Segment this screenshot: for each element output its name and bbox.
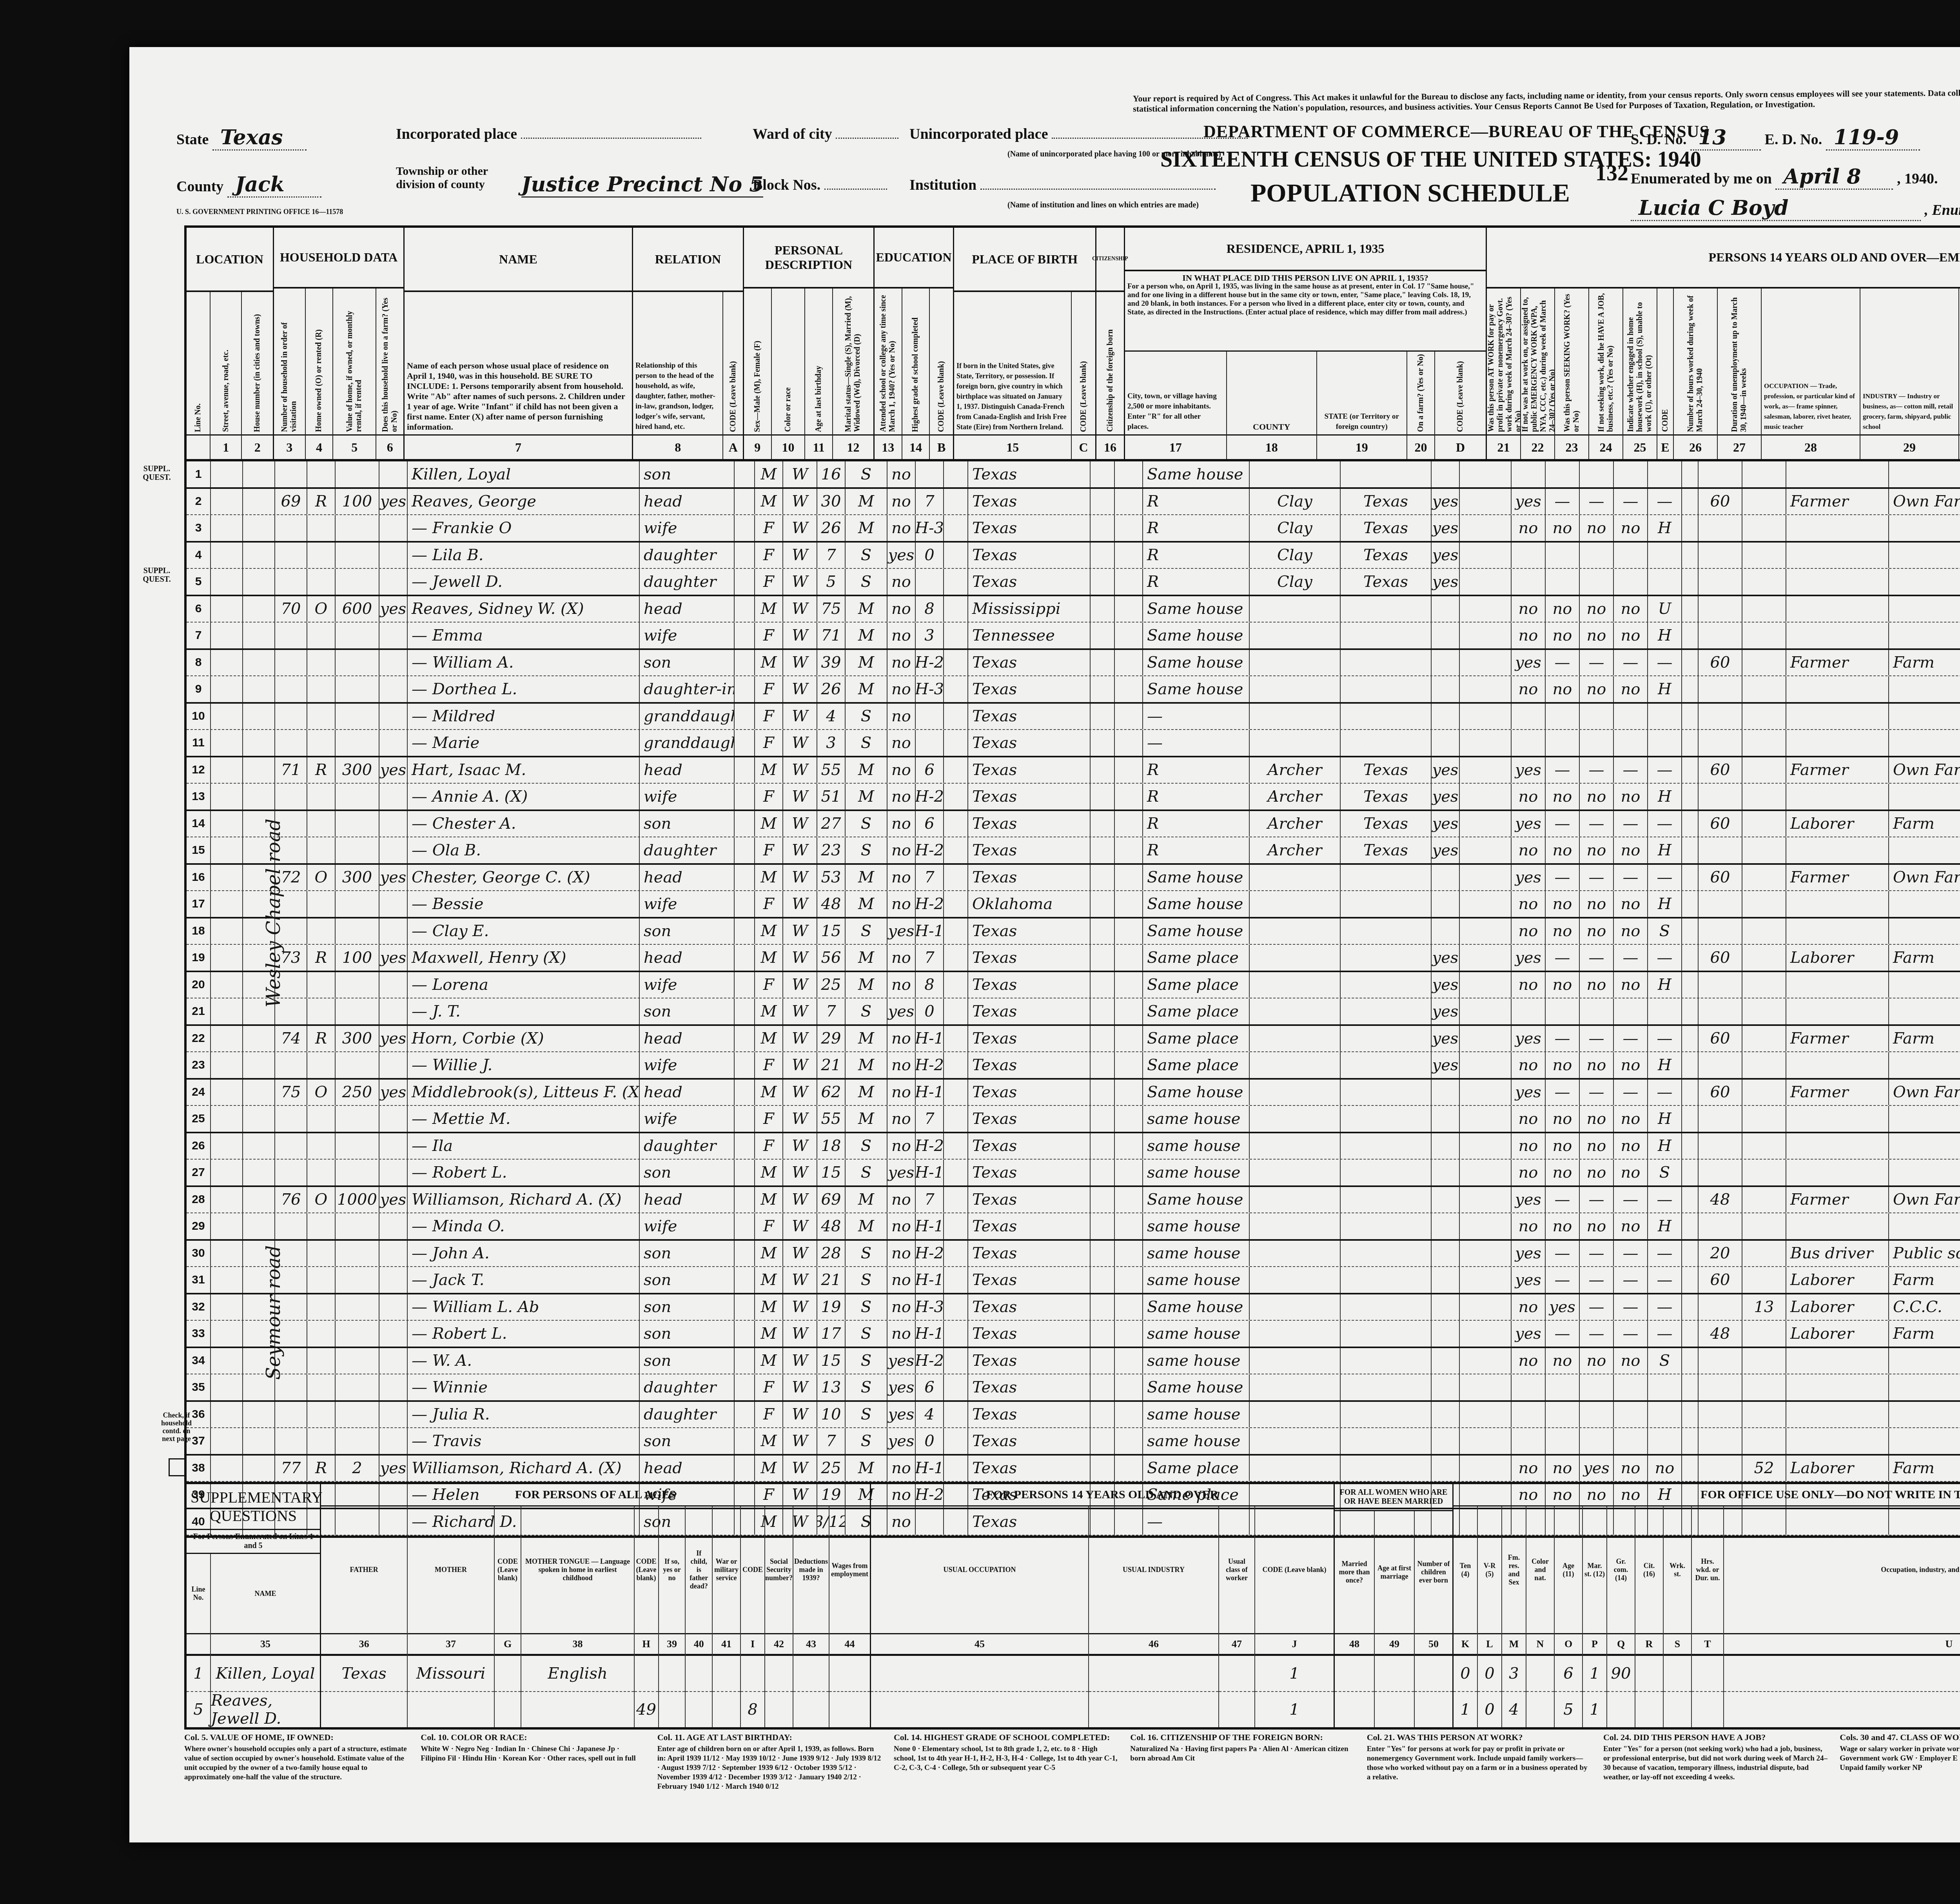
cell-school: no — [887, 1321, 916, 1347]
cell-c24: — — [1614, 1241, 1648, 1267]
table-row: 25— Mettie M.wifeFW55Mno7Texassame house… — [187, 1106, 1960, 1133]
header-relation: RELATION Relationship of this person to … — [633, 228, 744, 459]
cell-name: — Dorthea L. — [408, 676, 640, 702]
cell-race: W — [783, 1374, 817, 1400]
cell-cit — [1115, 865, 1143, 891]
header-residence-1935: RESIDENCE, APRIL 1, 1935 IN WHAT PLACE D… — [1125, 228, 1487, 459]
cell-street — [211, 1106, 243, 1132]
cell-birth: Texas — [968, 1106, 1091, 1132]
table-row: 18— Clay E.sonMW15SyesH-1TexasSame house… — [187, 918, 1960, 945]
cell-grade: H-2 — [916, 837, 944, 863]
cell-c21: yes — [1512, 1267, 1546, 1293]
cell-grade: 0 — [916, 543, 944, 568]
cell-c27 — [1742, 865, 1786, 891]
cell-res_state: Texas — [1341, 489, 1432, 515]
cell-street — [211, 461, 243, 487]
cell-c23: no — [1580, 972, 1614, 998]
cell-codeA — [735, 596, 755, 622]
cell-line: 38 — [187, 1456, 211, 1481]
cell-codeD — [1460, 1456, 1512, 1481]
cell-c23: — — [1580, 865, 1614, 891]
cell-c25: H — [1648, 1213, 1682, 1239]
cell-c21: yes — [1512, 811, 1546, 837]
cell-farm — [379, 811, 408, 837]
cell-farm — [379, 837, 408, 863]
cell-c24: no — [1614, 596, 1648, 622]
cell-codeC — [1091, 1052, 1115, 1078]
cell-house — [243, 1428, 275, 1454]
cell-res_city: Same place — [1143, 945, 1250, 971]
cell-codeB — [944, 1428, 968, 1454]
explanatory-note: Col. 14. HIGHEST GRADE OF SCHOOL COMPLET… — [894, 1733, 1118, 1835]
cell-marital: M — [846, 515, 887, 541]
cell-codeC — [1091, 1026, 1115, 1052]
cell-c27 — [1742, 811, 1786, 837]
cell-codeA — [735, 998, 755, 1024]
cell-relation: son — [640, 1241, 735, 1267]
cell-codeC — [1091, 650, 1115, 676]
cell-res_city: same house — [1143, 1106, 1250, 1132]
table-row: 5— Jewell D.daughterFW5SnoTexasRClayTexa… — [187, 569, 1960, 596]
cell-c26 — [1699, 1374, 1742, 1400]
cell-codeA — [735, 676, 755, 702]
cell-res_state — [1341, 1241, 1432, 1267]
cell-street — [211, 811, 243, 837]
cell-c22 — [1546, 998, 1580, 1024]
cell-ind — [1889, 730, 1960, 756]
cell-ind — [1889, 1133, 1960, 1159]
cell-codeC — [1091, 569, 1115, 595]
cell-cit — [1115, 1160, 1143, 1185]
cell-c25: — — [1648, 1321, 1682, 1347]
cell-house — [243, 676, 275, 702]
cell-c25: — — [1648, 489, 1682, 515]
cell-race: W — [783, 1160, 817, 1185]
cell-age: 15 — [817, 1348, 846, 1374]
cell-marital: S — [846, 998, 887, 1024]
cell-c27 — [1742, 945, 1786, 971]
cell-relation: head — [640, 757, 735, 783]
cell-race: W — [783, 543, 817, 568]
cell-birth: Texas — [968, 515, 1091, 541]
cell-house — [243, 543, 275, 568]
symbols-and-explanatory-notes: Col. 5. VALUE OF HOME, IF OWNED:Where ow… — [184, 1733, 1960, 1835]
cell-c27 — [1742, 1428, 1786, 1454]
cell-own — [307, 676, 336, 702]
cell-cit — [1115, 515, 1143, 541]
cell-res_county — [1250, 1456, 1341, 1481]
cell-c22 — [1546, 543, 1580, 568]
cell-codeA — [735, 1348, 755, 1374]
cell-line: 28 — [187, 1187, 211, 1213]
cell-res_state — [1341, 1428, 1432, 1454]
cell-codeD — [1460, 1160, 1512, 1185]
cell-school: no — [887, 865, 916, 891]
cell-sex: M — [755, 461, 783, 487]
cell-res_farm — [1432, 1241, 1460, 1267]
cell-codeC — [1091, 1374, 1115, 1400]
cell-birth: Texas — [968, 972, 1091, 998]
cell-codeE — [1682, 515, 1699, 541]
header-citizenship: CITIZENSHIP Citizenship of the foreign b… — [1096, 228, 1125, 459]
cell-ind: Farm — [1889, 1456, 1960, 1481]
cell-c21 — [1512, 730, 1546, 756]
cell-c24: — — [1614, 1026, 1648, 1052]
supp-cell — [495, 1656, 521, 1692]
cell-codeD — [1460, 461, 1512, 487]
cell-house — [243, 784, 275, 810]
cell-cit — [1115, 1456, 1143, 1481]
cell-hh: 69 — [275, 489, 307, 515]
cell-house — [243, 1133, 275, 1159]
cell-school: no — [887, 1267, 916, 1293]
cell-res_county — [1250, 891, 1341, 917]
cell-c21: no — [1512, 1160, 1546, 1185]
cell-ind: Farm — [1889, 811, 1960, 837]
supp-col-35: NAME35Killen, LoyalReaves, Jewell D. — [211, 1554, 320, 1727]
cell-race: W — [783, 1321, 817, 1347]
cell-c24: — — [1614, 1187, 1648, 1213]
cell-occ — [1786, 1106, 1889, 1132]
cell-c26 — [1699, 515, 1742, 541]
cell-cit — [1115, 1348, 1143, 1374]
cell-school: no — [887, 811, 916, 837]
cell-race: W — [783, 1052, 817, 1078]
table-row: 269R100yesReaves, GeorgeheadMW30Mno7Texa… — [187, 489, 1960, 515]
cell-res_city: same house — [1143, 1402, 1250, 1428]
cell-c27 — [1742, 1241, 1786, 1267]
cell-res_county — [1250, 623, 1341, 648]
table-row: 1672O300yesChester, George C. (X)headMW5… — [187, 865, 1960, 891]
cell-value — [336, 918, 379, 944]
cell-race: W — [783, 1106, 817, 1132]
cell-relation: wife — [640, 1052, 735, 1078]
cell-c25 — [1648, 1402, 1682, 1428]
cell-own — [307, 891, 336, 917]
cell-grade: H-1 — [916, 1080, 944, 1105]
cell-street — [211, 1456, 243, 1481]
cell-c22: — — [1546, 945, 1580, 971]
supp-cell — [1724, 1656, 1960, 1692]
cell-c27 — [1742, 1052, 1786, 1078]
cell-age: 27 — [817, 811, 846, 837]
cell-c23: — — [1580, 1241, 1614, 1267]
cell-line: 13 — [187, 784, 211, 810]
cell-cit — [1115, 730, 1143, 756]
cell-marital: S — [846, 1402, 887, 1428]
cell-house — [243, 1080, 275, 1105]
cell-res_city: Same house — [1143, 1294, 1250, 1320]
supp-cell — [1664, 1692, 1691, 1727]
cell-hh — [275, 1213, 307, 1239]
cell-c22: no — [1546, 676, 1580, 702]
cell-marital: M — [846, 623, 887, 648]
enumerator-field: Lucia C Boyd , Enumerator. — [1631, 196, 1960, 221]
cell-c26 — [1699, 543, 1742, 568]
cell-sex: F — [755, 1402, 783, 1428]
cell-cit — [1115, 1133, 1143, 1159]
cell-school: no — [887, 676, 916, 702]
cell-res_state — [1341, 1294, 1432, 1320]
cell-age: 75 — [817, 596, 846, 622]
cell-age: 15 — [817, 918, 846, 944]
cell-street — [211, 1213, 243, 1239]
cell-res_state — [1341, 865, 1432, 891]
cell-res_farm — [1432, 1213, 1460, 1239]
supp-col-48: Married more than once?48 — [1335, 1511, 1375, 1727]
cell-farm: yes — [379, 757, 408, 783]
cell-grade — [916, 730, 944, 756]
cell-farm — [379, 1374, 408, 1400]
cell-c24: no — [1614, 837, 1648, 863]
cell-grade: H-1 — [916, 1026, 944, 1052]
cell-codeE — [1682, 1428, 1699, 1454]
cell-sex: M — [755, 1267, 783, 1293]
table-row: 26— IladaughterFW18SnoH-2Texassame house… — [187, 1133, 1960, 1160]
cell-codeD — [1460, 1402, 1512, 1428]
cell-codeA — [735, 1428, 755, 1454]
supp-cell — [793, 1692, 829, 1727]
table-row: 30— John A.sonMW28SnoH-2Texassame housey… — [187, 1241, 1960, 1267]
cell-sex: M — [755, 1456, 783, 1481]
household-continued-checkbox[interactable] — [169, 1458, 187, 1476]
cell-codeA — [735, 1052, 755, 1078]
cell-farm — [379, 918, 408, 944]
cell-c26: 60 — [1699, 757, 1742, 783]
cell-grade: 7 — [916, 945, 944, 971]
supp-cell — [1635, 1656, 1663, 1692]
cell-sex: F — [755, 676, 783, 702]
cell-res_city: R — [1143, 569, 1250, 595]
cell-value — [336, 1321, 379, 1347]
cell-school: no — [887, 704, 916, 730]
supp-col-44: Wages from employment44 — [829, 1507, 870, 1727]
cell-c24: — — [1614, 1080, 1648, 1105]
cell-street — [211, 1321, 243, 1347]
cell-res_city: Same house — [1143, 623, 1250, 648]
cell-codeD — [1460, 676, 1512, 702]
cell-codeC — [1091, 972, 1115, 998]
cell-ind — [1889, 543, 1960, 568]
cell-grade: 7 — [916, 1187, 944, 1213]
cell-codeC — [1091, 784, 1115, 810]
cell-school: no — [887, 757, 916, 783]
table-row: 2475O250yesMiddlebrook(s), Litteus F. (X… — [187, 1080, 1960, 1106]
cell-c24: — — [1614, 1294, 1648, 1320]
cell-c22 — [1546, 461, 1580, 487]
cell-codeC — [1091, 489, 1115, 515]
cell-hh — [275, 784, 307, 810]
cell-codeC — [1091, 1428, 1115, 1454]
cell-res_city: Same place — [1143, 1026, 1250, 1052]
cell-c24: — — [1614, 1267, 1648, 1293]
cell-own — [307, 1267, 336, 1293]
cell-c24: — — [1614, 757, 1648, 783]
cell-c26 — [1699, 784, 1742, 810]
cell-codeC — [1091, 998, 1115, 1024]
supp-col-O: Age (11)O65 — [1555, 1507, 1583, 1727]
cell-name: — Minda O. — [408, 1213, 640, 1239]
cell-age: 4 — [817, 704, 846, 730]
cell-res_state — [1341, 1456, 1432, 1481]
cell-codeA — [735, 891, 755, 917]
cell-value — [336, 811, 379, 837]
table-row: 10— MildredgranddaughterFW4SnoTexas—10 — [187, 704, 1960, 730]
cell-res_county: Archer — [1250, 784, 1341, 810]
cell-relation: son — [640, 1294, 735, 1320]
cell-relation: daughter-in-law — [640, 676, 735, 702]
cell-cit — [1115, 461, 1143, 487]
cell-res_state: Texas — [1341, 543, 1432, 568]
cell-marital: M — [846, 784, 887, 810]
table-row: 4— Lila B.daughterFW7Syes0TexasRClayTexa… — [187, 543, 1960, 569]
cell-codeE — [1682, 998, 1699, 1024]
cell-codeC — [1091, 623, 1115, 648]
cell-line: 29 — [187, 1213, 211, 1239]
cell-c22: no — [1546, 918, 1580, 944]
cell-name: Maxwell, Henry (X) — [408, 945, 640, 971]
cell-codeA — [735, 623, 755, 648]
cell-relation: wife — [640, 1106, 735, 1132]
cell-house — [243, 1026, 275, 1052]
cell-age: 10 — [817, 1402, 846, 1428]
cell-relation: son — [640, 1428, 735, 1454]
cell-farm — [379, 1213, 408, 1239]
cell-codeD — [1460, 784, 1512, 810]
cell-c25: — — [1648, 1026, 1682, 1052]
supp-cell: 1 — [1454, 1692, 1477, 1727]
cell-codeE — [1682, 1052, 1699, 1078]
cell-c25: — — [1648, 650, 1682, 676]
cell-codeE — [1682, 837, 1699, 863]
cell-relation: head — [640, 596, 735, 622]
cell-res_county — [1250, 1428, 1341, 1454]
cell-codeD — [1460, 704, 1512, 730]
cell-name: — Mildred — [408, 704, 640, 730]
cell-ind — [1889, 596, 1960, 622]
cell-res_county — [1250, 972, 1341, 998]
cell-line: 4 — [187, 543, 211, 568]
cell-c21: no — [1512, 1456, 1546, 1481]
cell-c27 — [1742, 891, 1786, 917]
cell-value — [336, 1241, 379, 1267]
cell-res_state — [1341, 1080, 1432, 1105]
cell-school: no — [887, 461, 916, 487]
cell-marital: M — [846, 865, 887, 891]
cell-marital: S — [846, 1348, 887, 1374]
block-field: Block Nos. — [753, 176, 887, 194]
cell-marital: M — [846, 1456, 887, 1481]
cell-res_city: — — [1143, 704, 1250, 730]
cell-house — [243, 515, 275, 541]
cell-value — [336, 623, 379, 648]
cell-codeD — [1460, 1321, 1512, 1347]
cell-farm: yes — [379, 1026, 408, 1052]
cell-line: 7 — [187, 623, 211, 648]
cell-relation: son — [640, 1321, 735, 1347]
cell-ind — [1889, 918, 1960, 944]
supp-cell — [1635, 1692, 1663, 1727]
cell-value: 300 — [336, 1026, 379, 1052]
cell-c27 — [1742, 1267, 1786, 1293]
cell-school: no — [887, 596, 916, 622]
cell-birth: Texas — [968, 489, 1091, 515]
cell-value — [336, 1213, 379, 1239]
cell-c27: 13 — [1742, 1294, 1786, 1320]
cell-race: W — [783, 1026, 817, 1052]
cell-c27 — [1742, 704, 1786, 730]
cell-res_county — [1250, 1294, 1341, 1320]
cell-res_county: Clay — [1250, 569, 1341, 595]
cell-c24: — — [1614, 489, 1648, 515]
cell-res_farm — [1432, 1294, 1460, 1320]
cell-own — [307, 784, 336, 810]
cell-c23: no — [1580, 1133, 1614, 1159]
cell-line: 16 — [187, 865, 211, 891]
cell-codeE — [1682, 1402, 1699, 1428]
cell-grade: H-1 — [916, 1321, 944, 1347]
cell-c24: no — [1614, 918, 1648, 944]
table-row: 8— William A.sonMW39MnoH-2TexasSame hous… — [187, 650, 1960, 677]
cell-c25: H — [1648, 1106, 1682, 1132]
cell-c22 — [1546, 704, 1580, 730]
cell-cit — [1115, 1052, 1143, 1078]
table-row: 9— Dorthea L.daughter-in-lawFW26MnoH-3Te… — [187, 676, 1960, 704]
cell-c24: no — [1614, 676, 1648, 702]
cell-birth: Texas — [968, 1026, 1091, 1052]
cell-codeB — [944, 1374, 968, 1400]
cell-c26: 60 — [1699, 1080, 1742, 1105]
cell-res_city: same house — [1143, 1213, 1250, 1239]
supp-col-37: MOTHER37Missouri — [408, 1507, 494, 1727]
cell-codeA — [735, 1080, 755, 1105]
cell-res_city: Same house — [1143, 1080, 1250, 1105]
cell-school: no — [887, 1187, 916, 1213]
cell-race: W — [783, 891, 817, 917]
cell-grade: H-2 — [916, 1348, 944, 1374]
cell-c25: — — [1648, 1080, 1682, 1105]
cell-codeD — [1460, 837, 1512, 863]
incorporated-place-field: Incorporated place — [396, 125, 701, 143]
cell-occ — [1786, 1428, 1889, 1454]
explanatory-note: Col. 21. WAS THIS PERSON AT WORK?Enter "… — [1367, 1733, 1592, 1835]
cell-ind — [1889, 623, 1960, 648]
cell-c25: — — [1648, 811, 1682, 837]
cell-res_county — [1250, 1133, 1341, 1159]
cell-c24 — [1614, 569, 1648, 595]
cell-race: W — [783, 1348, 817, 1374]
cell-c27 — [1742, 972, 1786, 998]
cell-res_state: Texas — [1341, 569, 1432, 595]
table-row: 1973R100yesMaxwell, Henry (X)headMW56Mno… — [187, 945, 1960, 972]
cell-c27 — [1742, 543, 1786, 568]
cell-c26 — [1699, 1052, 1742, 1078]
cell-hh — [275, 730, 307, 756]
table-row: 37— TravissonMW7Syes0Texassame house37 — [187, 1428, 1960, 1456]
cell-c25: S — [1648, 918, 1682, 944]
table-row: 14— Chester A.sonMW27Sno6TexasRArcherTex… — [187, 811, 1960, 838]
cell-res_city: same house — [1143, 1267, 1250, 1293]
cell-relation: head — [640, 1026, 735, 1052]
cell-res_city: Same place — [1143, 1456, 1250, 1481]
cell-c23: — — [1580, 650, 1614, 676]
cell-c21: no — [1512, 837, 1546, 863]
cell-occ — [1786, 569, 1889, 595]
cell-ind: C.C.C. — [1889, 1294, 1960, 1320]
cell-value — [336, 998, 379, 1024]
cell-cit — [1115, 784, 1143, 810]
header-name: NAME Name of each person whose usual pla… — [405, 228, 633, 459]
